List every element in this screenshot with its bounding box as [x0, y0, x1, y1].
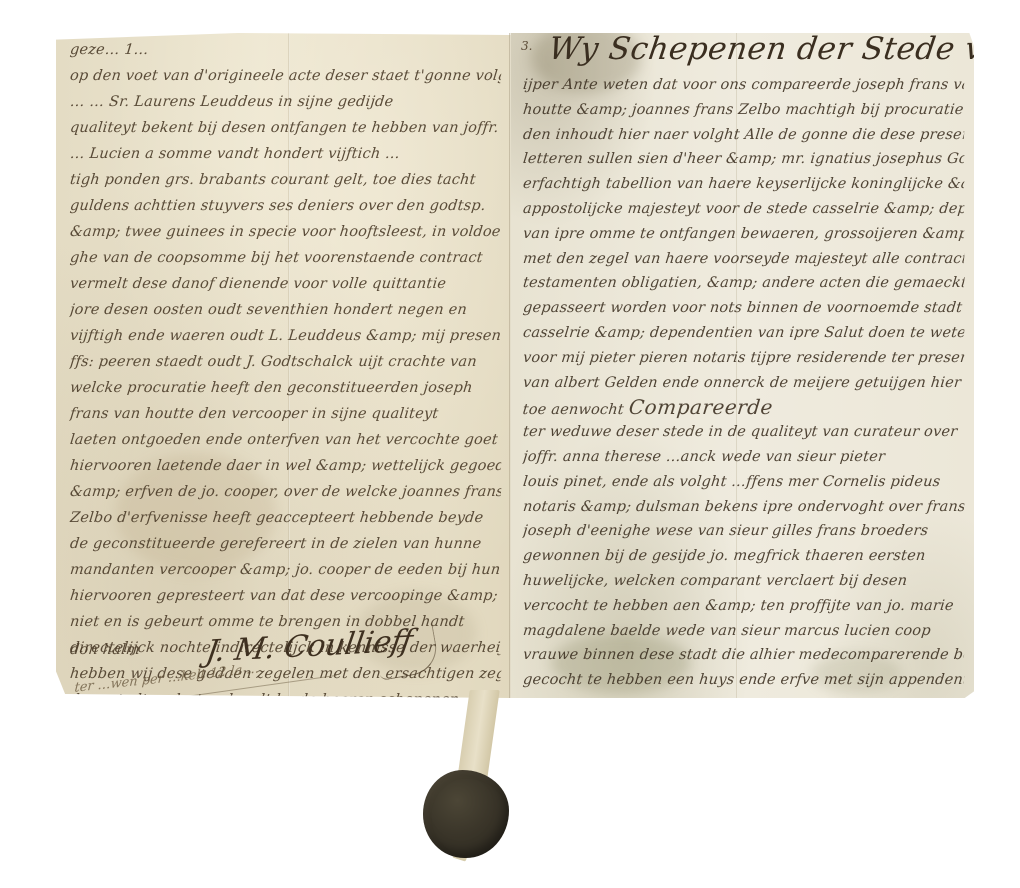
text-line: geze… 1… — [69, 37, 503, 63]
text-line: gewonnen bij de gesijde jo. megfrick tha… — [522, 544, 966, 569]
page-number: 3. — [521, 39, 532, 53]
text-line: joseph d'eenighe wese van sieur gilles f… — [522, 519, 966, 544]
text-line: jore desen oosten oudt seventhien honder… — [69, 297, 503, 323]
left-page: geze… 1… op den voet van d'origineele ac… — [56, 33, 511, 698]
text-line: vermelt dese danof dienende voor volle q… — [69, 271, 503, 297]
text-line: laeten ontgoeden ende onterfven van het … — [69, 427, 503, 453]
text-line: tigh ponden grs. brabants courant gelt, … — [69, 167, 503, 193]
text-line: guldens achttien stuyvers ses deniers ov… — [69, 193, 503, 219]
text-line: magdalene baelde wede van sieur marcus l… — [522, 619, 966, 644]
text-line: welcke procuratie heeft den geconstituee… — [69, 375, 503, 401]
text-line: huwelijcke, welcken comparant verclaert … — [522, 569, 966, 594]
text-line: met den zegel van haere voorseyde majest… — [522, 247, 966, 272]
text-line: de geconstitueerde gerefereert in de zie… — [69, 531, 503, 557]
text-line: gecocht te hebben een huys ende erfve me… — [522, 668, 966, 693]
text-line: vercocht te hebben aen &amp; ten proffij… — [522, 594, 966, 619]
text-line: &amp; erfven de jo. cooper, over de welc… — [69, 479, 503, 505]
right-page: 3. Wy Schepenen der Stede van ijper Ante… — [511, 33, 974, 698]
text-line: … Lucien a somme vandt hondert vijftich … — [69, 141, 503, 167]
text-fragment: toe aenwocht — [522, 402, 625, 418]
text-line: letteren sullen sien d'heer &amp; mr. ig… — [522, 147, 966, 172]
wax-seal — [423, 770, 509, 858]
text-line: notaris &amp; dulsman bekens ipre onderv… — [522, 495, 966, 520]
text-line: casselrie &amp; dependentien van ipre Sa… — [522, 321, 966, 346]
text-line: voor mij pieter pieren notaris tijpre re… — [522, 346, 966, 371]
document-sheet: geze… 1… op den voet van d'origineele ac… — [56, 33, 974, 698]
text-line: ter weduwe deser stede in de qualiteyt v… — [522, 420, 966, 445]
text-line: frans van houtte den vercooper in sijne … — [69, 401, 503, 427]
text-line: mandanten vercooper &amp; jo. cooper de … — [69, 557, 503, 583]
text-line: vijftigh ende waeren oudt L. Leuddeus &a… — [69, 323, 503, 349]
text-line: testamenten obligatien, &amp; andere act… — [522, 271, 966, 296]
right-page-text: ijper Ante weten dat voor ons compareerd… — [523, 73, 964, 698]
text-line: ende dependentien vrijheden ende ontvrij… — [522, 693, 966, 698]
text-line: hiervooren laetende daer in wel &amp; we… — [69, 453, 503, 479]
text-line: op den voet van d'origineele acte deser … — [69, 63, 503, 89]
emphasized-word: Compareerde — [628, 395, 774, 419]
text-line: … … Sr. Laurens Leuddeus in sijne gedijd… — [69, 89, 503, 115]
text-line: vrauwe binnen dese stadt die alhier mede… — [522, 643, 966, 668]
text-line: van ipre omme te ontfangen bewaeren, gro… — [522, 222, 966, 247]
text-line: joffr. anna therese …anck wede van sieur… — [522, 445, 966, 470]
text-line: den inhoudt hier naer volght Alle de gon… — [522, 123, 966, 148]
text-line: hiervooren gepresteert van dat dese verc… — [69, 583, 503, 609]
closing-line: don halm — [69, 637, 142, 663]
text-line: houtte &amp; joannes frans Zelbo machtig… — [522, 98, 966, 123]
text-line: &amp; twee guinees in specie voor hoofts… — [69, 219, 503, 245]
document-heading: Wy Schepenen der Stede van — [546, 33, 974, 67]
text-line: Zelbo d'erfvenisse heeft geaccepteert he… — [69, 505, 503, 531]
text-line: ghe van de coopsomme bij het voorenstaen… — [69, 245, 503, 271]
text-line: ijper Ante weten dat voor ons compareerd… — [522, 73, 966, 98]
text-line: appostolijcke majesteyt voor de stede ca… — [522, 197, 966, 222]
text-line: gepasseert worden voor nots binnen de vo… — [522, 296, 966, 321]
text-line: toe aenwocht Compareerde — [522, 395, 966, 420]
left-page-text: geze… 1… op den voet van d'origineele ac… — [70, 37, 501, 698]
text-line: ffs: peeren staedt oudt J. Godtschalck u… — [69, 349, 503, 375]
text-line: qualiteyt bekent bij desen ontfangen te … — [69, 115, 503, 141]
text-line: erfachtigh tabellion van haere keyserlij… — [522, 172, 966, 197]
text-line: van albert Gelden ende onnerck de meijer… — [522, 371, 966, 396]
text-line: louis pinet, ende als volght …ffens mer … — [522, 470, 966, 495]
